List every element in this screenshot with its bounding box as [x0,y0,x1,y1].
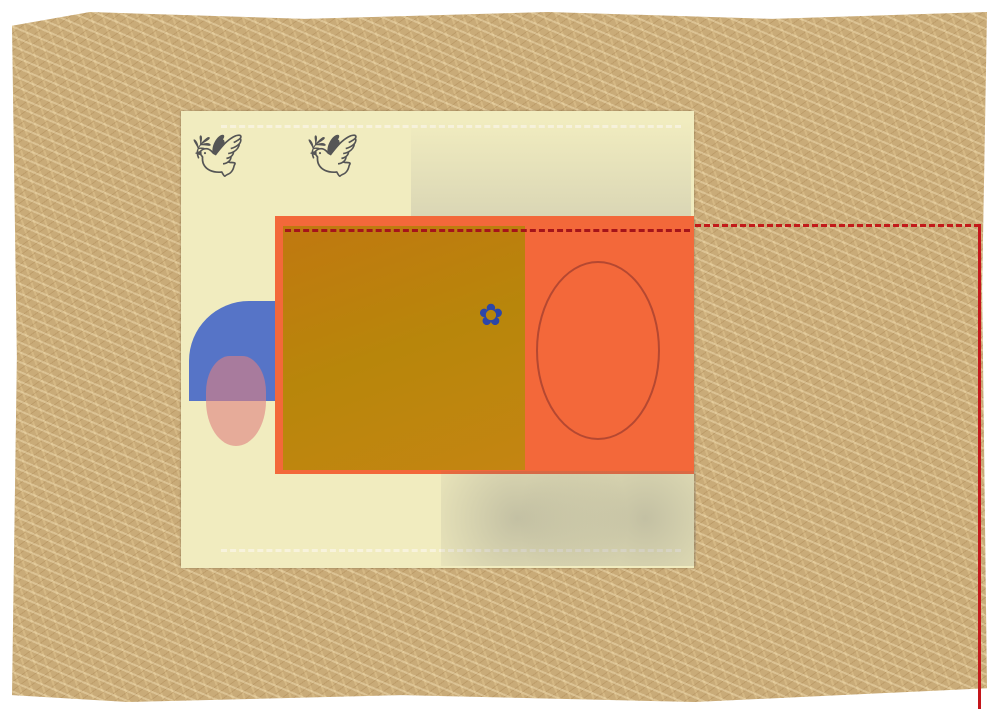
city-skyline [411,121,691,217]
bird-icon: 🕊 [306,131,359,181]
girl-in-red-dress [206,356,266,446]
flower-icon: ✿ [476,301,506,331]
woman-face [536,261,660,440]
bird-icon: 🕊 [191,131,244,181]
hair-drawing [441,471,696,566]
gold-panel [283,226,525,470]
red-thread-horizontal [695,224,980,227]
red-stitching [285,229,690,232]
drawing-card: 🕊 🕊 ✿ [181,111,694,568]
red-thread-vertical [978,224,981,709]
